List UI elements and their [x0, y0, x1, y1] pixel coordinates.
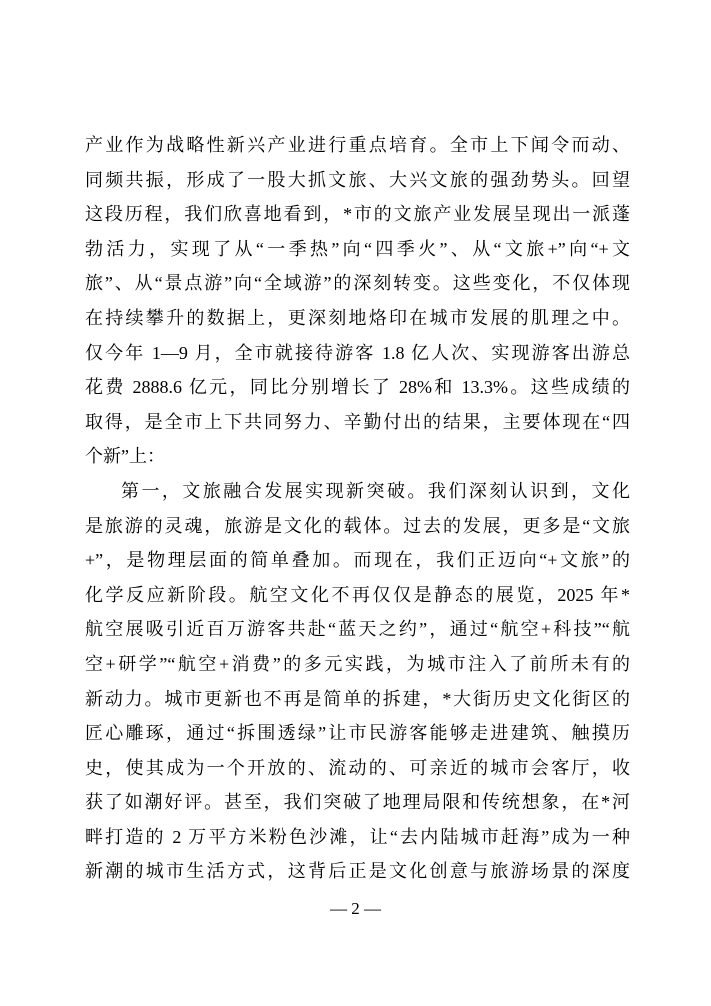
text-line: 畔打造的 2 万平方米粉色沙滩，让“去内陆城市赶海”成为一种 — [85, 820, 630, 855]
text-line: 匠心雕琢，通过“拆围透绿”让市民游客能够走进建筑、触摸历 — [85, 716, 630, 751]
text-line: 空+研学”“航空+消费”的多元实践，为城市注入了前所未有的 — [85, 647, 630, 682]
text-line: 新动力。城市更新也不再是简单的拆建，*大街历史文化街区的 — [85, 682, 630, 717]
document-body: 产业作为战略性新兴产业进行重点培育。全市上下闻令而动、 同频共振，形成了一股大抓… — [85, 128, 630, 889]
text-line: 化学反应新阶段。航空文化不再仅仅是静态的展览，2025 年* — [85, 578, 630, 613]
text-line: 旅”、从“景点游”向“全域游”的深刻转变。这些变化，不仅体现 — [85, 266, 630, 301]
text-line: 产业作为战略性新兴产业进行重点培育。全市上下闻令而动、 — [85, 128, 630, 163]
text-line: 勃活力，实现了从“一季热”向“四季火”、从“文旅+”向“+文 — [85, 232, 630, 267]
text-line: 同频共振，形成了一股大抓文旅、大兴文旅的强劲势头。回望 — [85, 163, 630, 198]
text-line: 是旅游的灵魂，旅游是文化的载体。过去的发展，更多是“文旅 — [85, 509, 630, 544]
page-number: — 2 — — [330, 899, 381, 918]
text-line: 仅今年 1—9 月，全市就接待游客 1.8 亿人次、实现游客出游总 — [85, 336, 630, 371]
text-line: 航空展吸引近百万游客共赴“蓝天之约”，通过“航空+科技”“航 — [85, 612, 630, 647]
text-line: 新潮的城市生活方式，这背后正是文化创意与旅游场景的深度 — [85, 854, 630, 889]
text-line: 在持续攀升的数据上，更深刻地烙印在城市发展的肌理之中。 — [85, 301, 630, 336]
text-line: 花费 2888.6 亿元，同比分别增长了 28%和 13.3%。这些成绩的 — [85, 370, 630, 405]
page-footer: — 2 — — [0, 897, 711, 921]
text-line: 史，使其成为一个开放的、流动的、可亲近的城市会客厅，收 — [85, 751, 630, 786]
text-line: 这段历程，我们欣喜地看到，*市的文旅产业发展呈现出一派蓬 — [85, 197, 630, 232]
text-line-paragraph-end: 个新”上： — [85, 439, 630, 474]
text-line: +”，是物理层面的简单叠加。而现在，我们正迈向“+文旅”的 — [85, 543, 630, 578]
document-page: 产业作为战略性新兴产业进行重点培育。全市上下闻令而动、 同频共振，形成了一股大抓… — [0, 0, 711, 1006]
text-line-paragraph-start: 第一，文旅融合发展实现新突破。我们深刻认识到，文化 — [85, 474, 630, 509]
text-line: 取得，是全市上下共同努力、辛勤付出的结果，主要体现在“四 — [85, 405, 630, 440]
text-line: 获了如潮好评。甚至，我们突破了地理局限和传统想象，在*河 — [85, 785, 630, 820]
